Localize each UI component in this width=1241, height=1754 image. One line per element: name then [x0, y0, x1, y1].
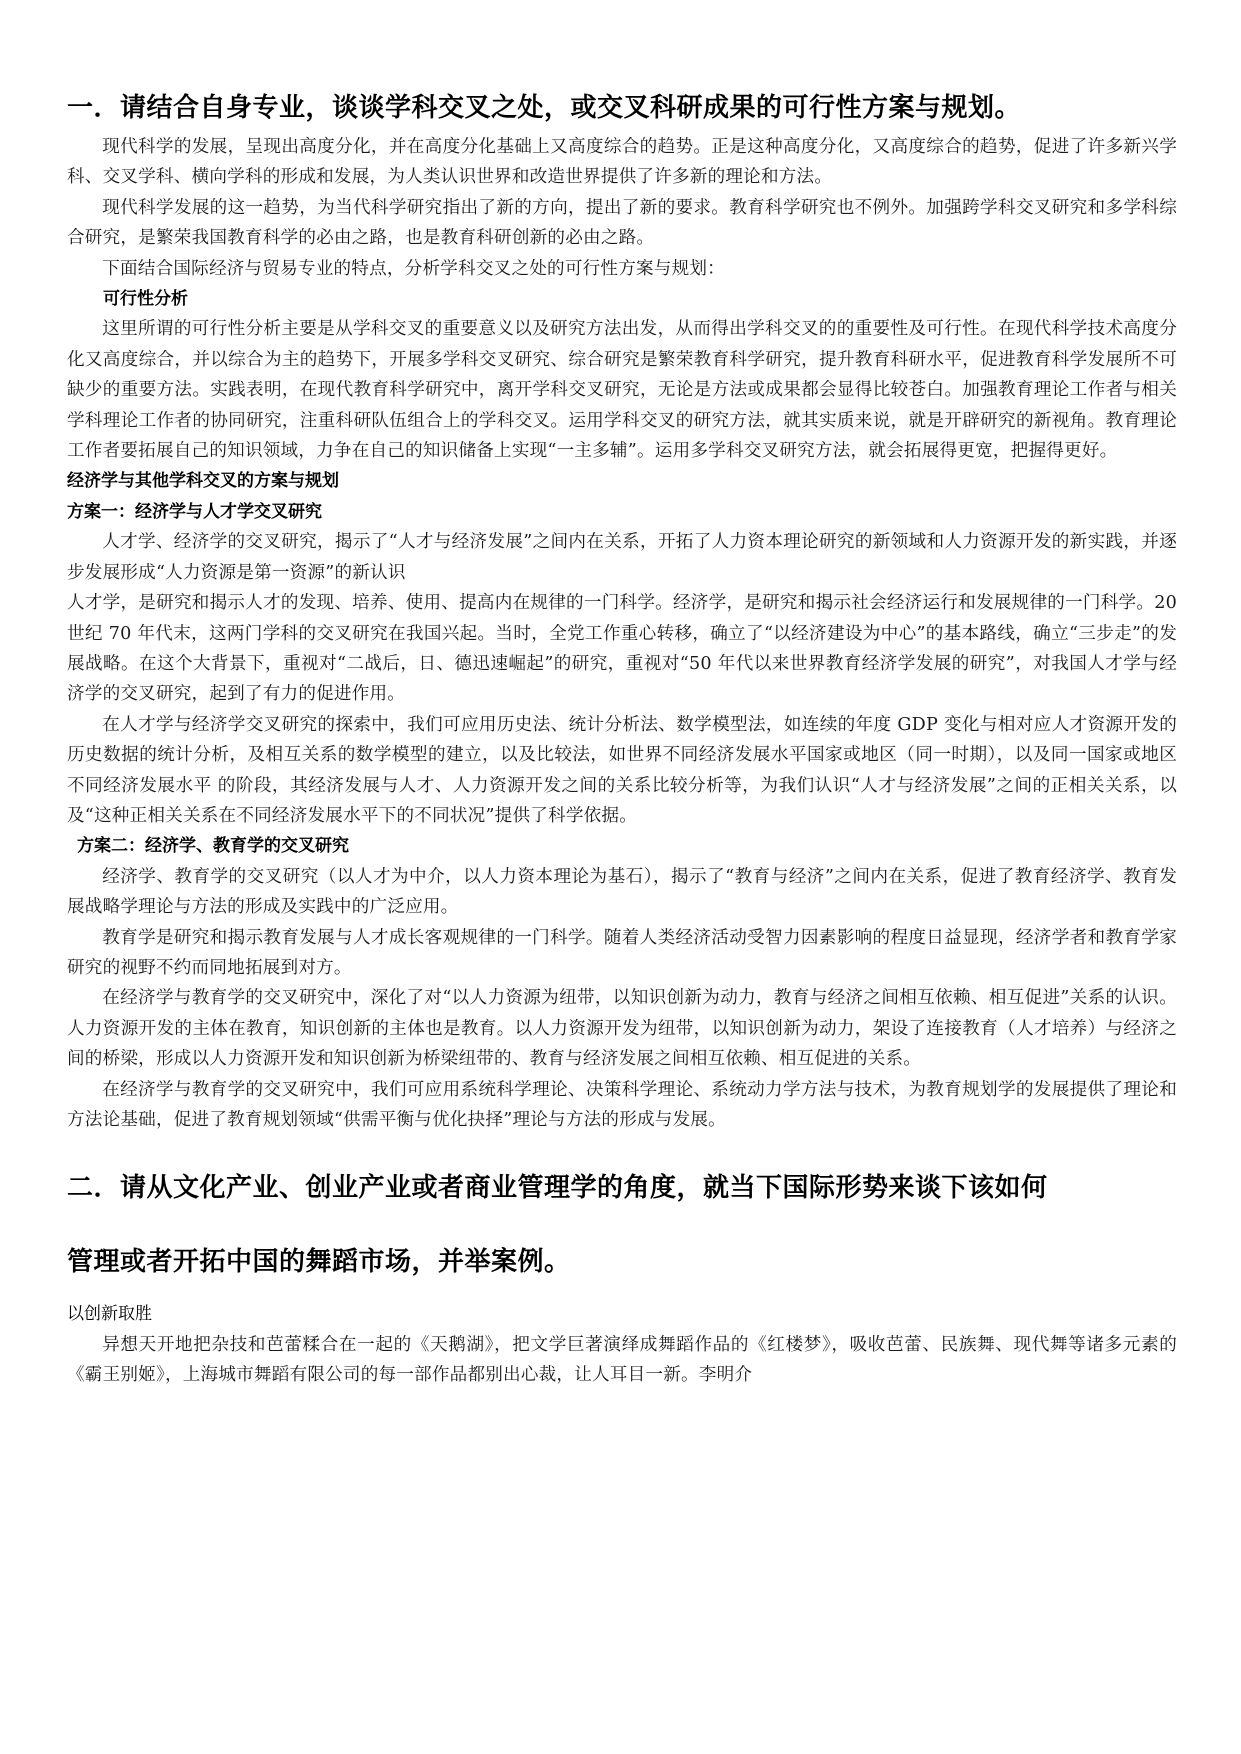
- paragraph: 经济学、教育学的交叉研究（以人才为中介，以人力资本理论为基石），揭示了“教育与经…: [67, 862, 1177, 923]
- paragraph: 人才学，是研究和揭示人才的发现、培养、使用、提高内在规律的一门科学。经济学，是研…: [67, 588, 1177, 710]
- section-2-heading-line-1: 二．请从文化产业、创业产业或者商业管理学的角度，就当下国际形势来谈下该如何: [67, 1173, 1048, 1203]
- feasibility-title: 可行性分析: [67, 284, 1177, 314]
- plan-1-title: 方案一：经济学与人才学交叉研究: [67, 497, 1177, 527]
- paragraph: 下面结合国际经济与贸易专业的特点，分析学科交叉之处的可行性方案与规划：: [67, 254, 1177, 284]
- paragraph: 人才学、经济学的交叉研究，揭示了“人才与经济发展”之间内在关系，开拓了人力资本理…: [67, 527, 1177, 588]
- section-2-heading: 二．请从文化产业、创业产业或者商业管理学的角度，就当下国际形势来谈下该如何 管理…: [67, 1151, 1177, 1299]
- section-2-subtitle: 以创新取胜: [67, 1299, 1177, 1329]
- paragraph: 教育学是研究和揭示教育发展与人才成长客观规律的一门科学。随着人类经济活动受智力因…: [67, 923, 1177, 984]
- plan-2-title: 方案二：经济学、教育学的交叉研究: [67, 831, 1177, 861]
- document-page: 一．请结合自身专业，谈谈学科交叉之处，或交叉科研成果的可行性方案与规划。 现代科…: [67, 88, 1177, 1391]
- paragraph: 现代科学的发展，呈现出高度分化，并在高度分化基础上又高度综合的趋势。正是这种高度…: [67, 132, 1177, 193]
- paragraph: 在人才学与经济学交叉研究的探索中，我们可应用历史法、统计分析法、数学模型法，如连…: [67, 710, 1177, 832]
- section-1-heading: 一．请结合自身专业，谈谈学科交叉之处，或交叉科研成果的可行性方案与规划。: [67, 88, 1177, 128]
- paragraph: 现代科学发展的这一趋势，为当代科学研究指出了新的方向，提出了新的要求。教育科学研…: [67, 193, 1177, 254]
- paragraph: 异想天开地把杂技和芭蕾糅合在一起的《天鹅湖》，把文学巨著演绎成舞蹈作品的《红楼梦…: [67, 1330, 1177, 1391]
- paragraph: 在经济学与教育学的交叉研究中，深化了对“以人力资源为纽带，以知识创新为动力，教育…: [67, 983, 1177, 1074]
- paragraph: 在经济学与教育学的交叉研究中，我们可应用系统科学理论、决策科学理论、系统动力学方…: [67, 1075, 1177, 1136]
- feasibility-paragraph: 这里所谓的可行性分析主要是从学科交叉的重要意义以及研究方法出发，从而得出学科交叉…: [67, 314, 1177, 466]
- plans-title: 经济学与其他学科交叉的方案与规划: [67, 466, 1177, 496]
- section-2-heading-line-2: 管理或者开拓中国的舞蹈市场，并举案例。: [67, 1247, 571, 1277]
